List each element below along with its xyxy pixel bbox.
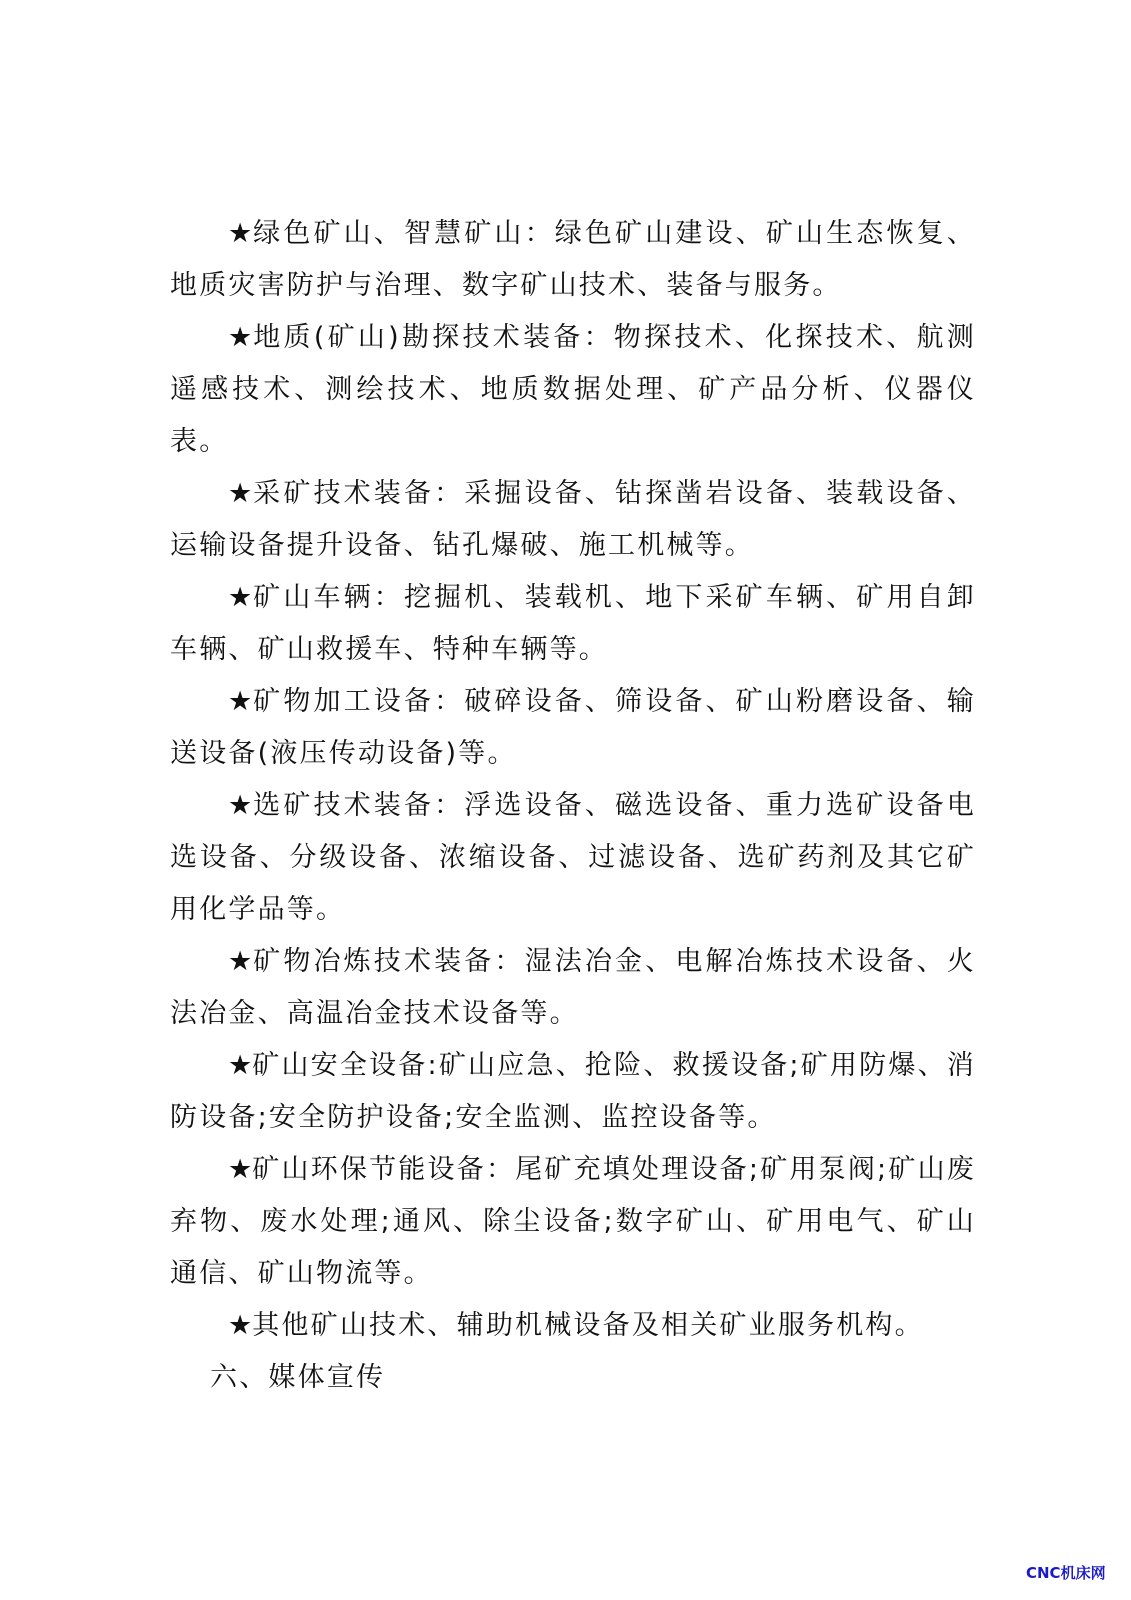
star-icon: ★: [228, 1050, 252, 1081]
list-item-mine-safety: ★矿山安全设备:矿山应急、抢险、救援设备;矿用防爆、消防设备;安全防护设备;安全…: [170, 1040, 976, 1144]
document-body: ★绿色矿山、智慧矿山：绿色矿山建设、矿山生态恢复、地质灾害防护与治理、数字矿山技…: [170, 208, 976, 1404]
item-text: 绿色矿山、智慧矿山：绿色矿山建设、矿山生态恢复、地质灾害防护与治理、数字矿山技术…: [170, 218, 976, 301]
star-icon: ★: [228, 1310, 252, 1341]
list-item-smelting: ★矿物冶炼技术装备：湿法冶金、电解冶炼技术设备、火法冶金、高温冶金技术设备等。: [170, 936, 976, 1040]
star-icon: ★: [228, 322, 253, 353]
item-text: 矿山车辆：挖掘机、装载机、地下采矿车辆、矿用自卸车辆、矿山救援车、特种车辆等。: [170, 582, 976, 665]
star-icon: ★: [228, 478, 253, 509]
item-text: 矿物冶炼技术装备：湿法冶金、电解冶炼技术设备、火法冶金、高温冶金技术设备等。: [170, 946, 976, 1029]
star-icon: ★: [228, 1154, 252, 1185]
item-text: 地质(矿山)勘探技术装备：物探技术、化探技术、航测遥感技术、测绘技术、地质数据处…: [170, 322, 976, 457]
item-text: 矿山安全设备:矿山应急、抢险、救援设备;矿用防爆、消防设备;安全防护设备;安全监…: [170, 1050, 976, 1133]
list-item-beneficiation: ★选矿技术装备：浮选设备、磁选设备、重力选矿设备电选设备、分级设备、浓缩设备、过…: [170, 780, 976, 936]
item-text: 其他矿山技术、辅助机械设备及相关矿业服务机构。: [252, 1310, 924, 1341]
item-text: 采矿技术装备：采掘设备、钻探凿岩设备、装载设备、运输设备提升设备、钻孔爆破、施工…: [170, 478, 976, 561]
item-text: 矿物加工设备：破碎设备、筛设备、矿山粉磨设备、输送设备(液压传动设备)等。: [170, 686, 976, 769]
list-item-other: ★其他矿山技术、辅助机械设备及相关矿业服务机构。: [170, 1300, 976, 1352]
star-icon: ★: [228, 946, 253, 977]
list-item-mineral-processing: ★矿物加工设备：破碎设备、筛设备、矿山粉磨设备、输送设备(液压传动设备)等。: [170, 676, 976, 780]
list-item-green-mining: ★绿色矿山、智慧矿山：绿色矿山建设、矿山生态恢复、地质灾害防护与治理、数字矿山技…: [170, 208, 976, 312]
list-item-environmental: ★矿山环保节能设备：尾矿充填处理设备;矿用泵阀;矿山废弃物、废水处理;通风、除尘…: [170, 1144, 976, 1300]
star-icon: ★: [228, 790, 253, 821]
list-item-mining-vehicles: ★矿山车辆：挖掘机、装载机、地下采矿车辆、矿用自卸车辆、矿山救援车、特种车辆等。: [170, 572, 976, 676]
star-icon: ★: [228, 686, 253, 717]
item-text: 选矿技术装备：浮选设备、磁选设备、重力选矿设备电选设备、分级设备、浓缩设备、过滤…: [170, 790, 976, 925]
section-heading: 六、媒体宣传: [170, 1352, 976, 1404]
item-text: 矿山环保节能设备：尾矿充填处理设备;矿用泵阀;矿山废弃物、废水处理;通风、除尘设…: [170, 1154, 976, 1289]
list-item-mining-equipment: ★采矿技术装备：采掘设备、钻探凿岩设备、装载设备、运输设备提升设备、钻孔爆破、施…: [170, 468, 976, 572]
star-icon: ★: [228, 582, 253, 613]
list-item-geological-exploration: ★地质(矿山)勘探技术装备：物探技术、化探技术、航测遥感技术、测绘技术、地质数据…: [170, 312, 976, 468]
star-icon: ★: [228, 218, 253, 249]
watermark-logo: CNC机床网: [1026, 1562, 1106, 1583]
